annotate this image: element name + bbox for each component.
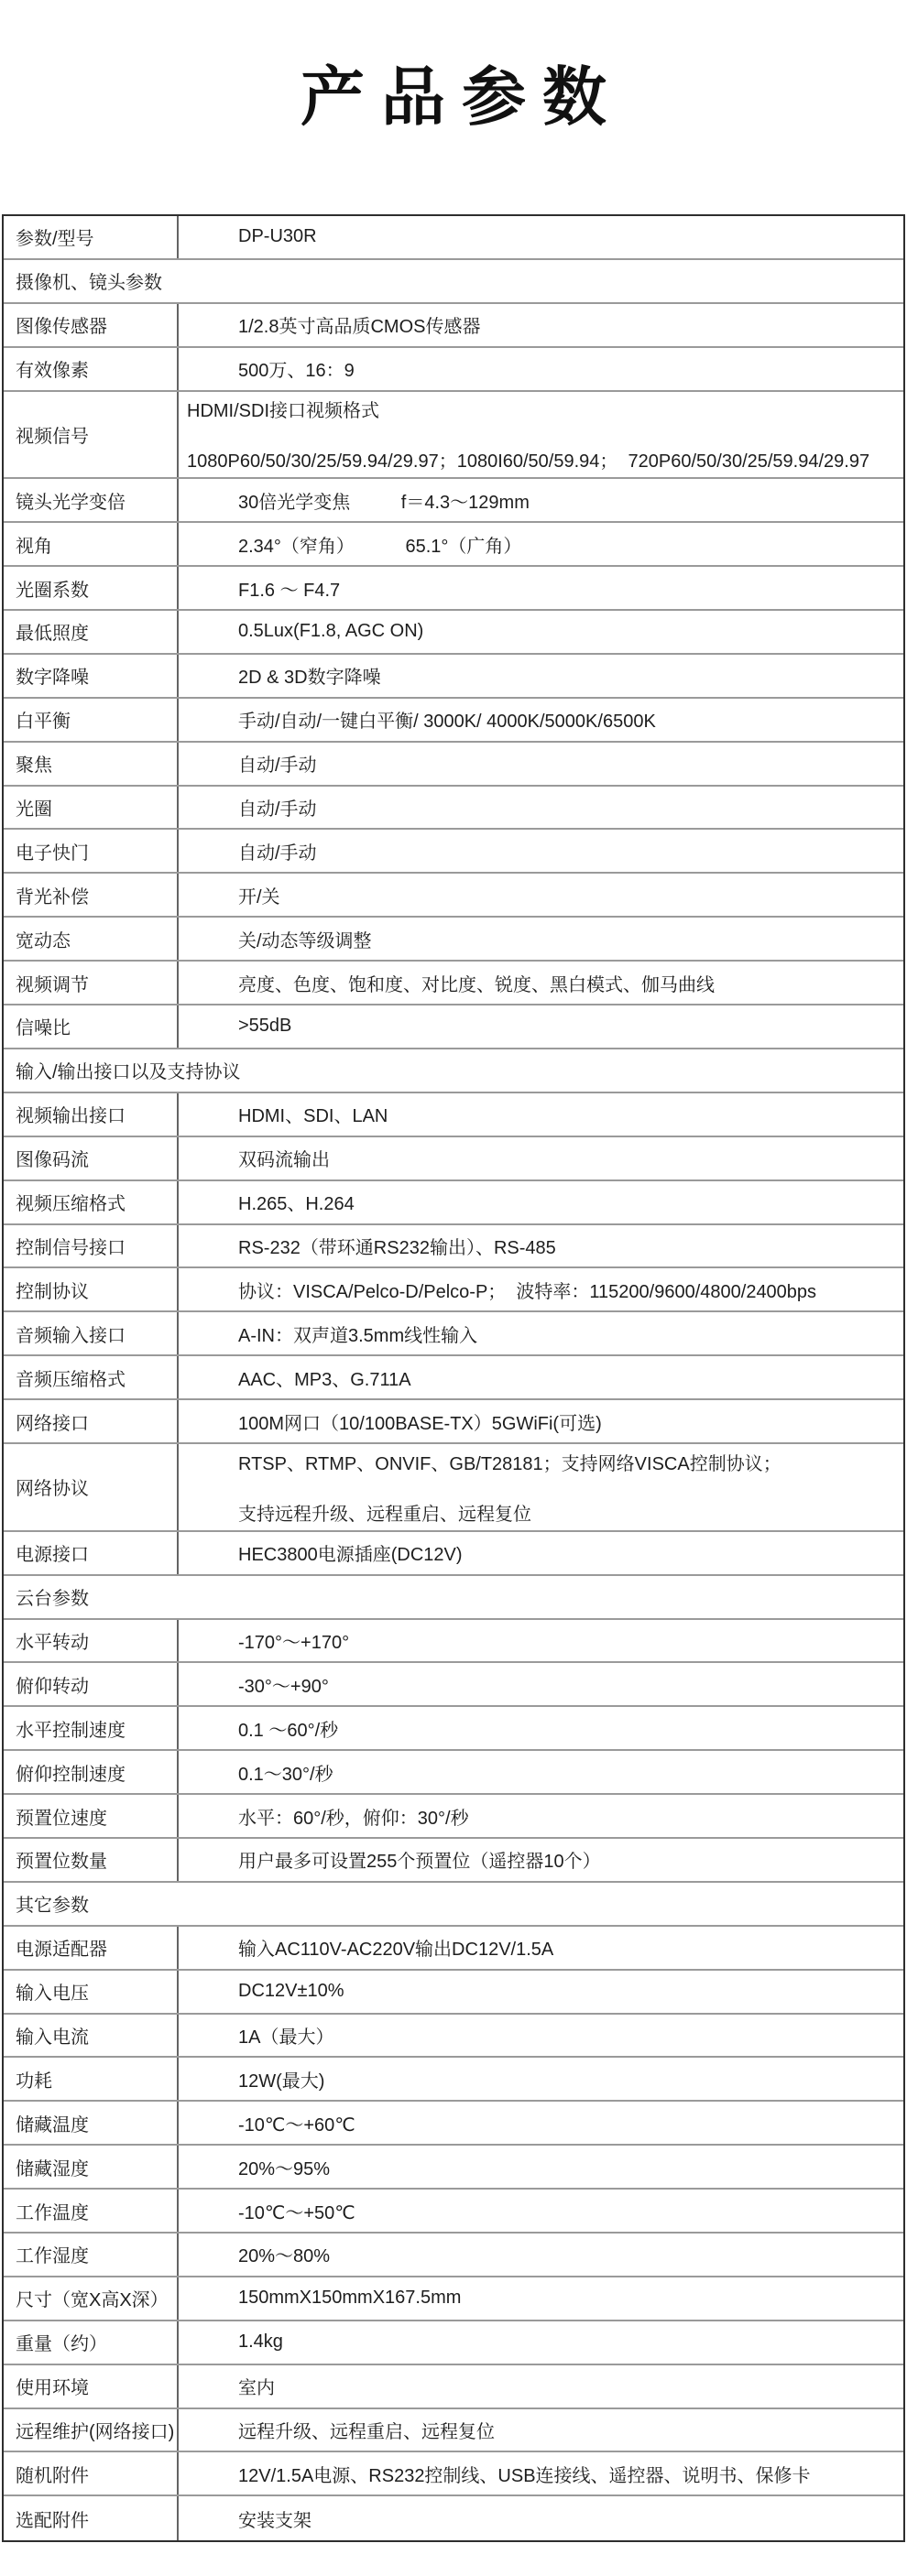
row-value: 1/2.8英寸高品质CMOS传感器	[179, 304, 903, 346]
table-row: 视频压缩格式H.265、H.264	[4, 1181, 903, 1225]
row-value: 1A（最大）	[179, 2015, 903, 2057]
row-value: 手动/自动/一键白平衡/ 3000K/ 4000K/5000K/6500K	[179, 699, 903, 741]
table-row: 重量（约）1.4kg	[4, 2321, 903, 2365]
table-row: 储藏湿度20%～95%	[4, 2146, 903, 2190]
row-label: 远程维护(网络接口)	[4, 2409, 179, 2451]
table-row: 图像码流双码流输出	[4, 1137, 903, 1181]
row-label: 输入电流	[4, 2015, 179, 2057]
row-value: 20%～80%	[179, 2234, 903, 2276]
row-label: 工作湿度	[4, 2234, 179, 2276]
row-value: 12W(最大)	[179, 2058, 903, 2100]
row-value: AAC、MP3、G.711A	[179, 1356, 903, 1398]
row-label: 最低照度	[4, 611, 179, 653]
table-row: 白平衡手动/自动/一键白平衡/ 3000K/ 4000K/5000K/6500K	[4, 699, 903, 743]
table-row: 随机附件12V/1.5A电源、RS232控制线、USB连接线、遥控器、说明书、保…	[4, 2452, 903, 2496]
row-value: 自动/手动	[179, 743, 903, 785]
row-value: 室内	[179, 2365, 903, 2408]
row-label: 储藏湿度	[4, 2146, 179, 2188]
row-value: 30倍光学变焦 f＝4.3～129mm	[179, 479, 903, 521]
row-label: 输入电压	[4, 1971, 179, 2013]
row-value: 12V/1.5A电源、RS232控制线、USB连接线、遥控器、说明书、保修卡	[179, 2452, 903, 2494]
row-value: 1.4kg	[179, 2321, 903, 2364]
table-row: 参数/型号DP-U30R	[4, 216, 903, 260]
row-value: 开/关	[179, 874, 903, 916]
table-row: 尺寸（宽X高X深）150mmX150mmX167.5mm	[4, 2277, 903, 2321]
table-row: 视频调节亮度、色度、饱和度、对比度、锐度、黑白模式、伽马曲线	[4, 962, 903, 1005]
row-value: 亮度、色度、饱和度、对比度、锐度、黑白模式、伽马曲线	[179, 962, 903, 1004]
row-label: 信噪比	[4, 1005, 179, 1048]
row-label: 选配附件	[4, 2496, 179, 2540]
spec-table: 参数/型号DP-U30R摄像机、镜头参数图像传感器1/2.8英寸高品质CMOS传…	[2, 214, 905, 2542]
row-value-line: 支持远程升级、远程重启、远程复位	[238, 1499, 531, 1526]
row-value: 协议：VISCA/Pelco-D/Pelco-P； 波特率：115200/960…	[179, 1268, 903, 1310]
table-row: 电源适配器输入AC110V-AC220V输出DC12V/1.5A	[4, 1927, 903, 1971]
table-row: 宽动态关/动态等级调整	[4, 918, 903, 962]
table-row: 背光补偿开/关	[4, 874, 903, 918]
row-label: 电源接口	[4, 1532, 179, 1574]
row-value: 输入AC110V-AC220V输出DC12V/1.5A	[179, 1927, 903, 1969]
row-label: 背光补偿	[4, 874, 179, 916]
row-label: 光圈系数	[4, 567, 179, 609]
row-label: 网络协议	[4, 1444, 179, 1530]
row-label: 尺寸（宽X高X深）	[4, 2277, 179, 2320]
table-row: 网络协议RTSP、RTMP、ONVIF、GB/T28181；支持网络VISCA控…	[4, 1444, 903, 1532]
row-label: 聚焦	[4, 743, 179, 785]
table-row: 输入电压DC12V±10%	[4, 1971, 903, 2015]
row-value: 用户最多可设置255个预置位（遥控器10个）	[179, 1839, 903, 1881]
section-label: 其它参数	[4, 1883, 903, 1925]
row-label: 功耗	[4, 2058, 179, 2100]
row-label: 俯仰控制速度	[4, 1751, 179, 1793]
row-value: HDMI、SDI、LAN	[179, 1093, 903, 1136]
table-row: 控制协议协议：VISCA/Pelco-D/Pelco-P； 波特率：115200…	[4, 1268, 903, 1312]
section-row: 其它参数	[4, 1883, 903, 1927]
row-label: 俯仰转动	[4, 1663, 179, 1705]
row-value-line: RTSP、RTMP、ONVIF、GB/T28181；支持网络VISCA控制协议；	[238, 1449, 781, 1475]
row-value: HDMI/SDI接口视频格式1080P60/50/30/25/59.94/29.…	[179, 392, 903, 478]
table-row: 视角2.34°（窄角） 65.1°（广角）	[4, 523, 903, 567]
row-label: 有效像素	[4, 348, 179, 390]
row-label: 镜头光学变倍	[4, 479, 179, 521]
table-row: 网络接口100M网口（10/100BASE-TX）5GWiFi(可选)	[4, 1400, 903, 1444]
table-row: 储藏温度-10℃～+60℃	[4, 2102, 903, 2146]
table-row: 数字降噪2D & 3D数字降噪	[4, 655, 903, 699]
row-value: 0.1～30°/秒	[179, 1751, 903, 1793]
row-label: 参数/型号	[4, 216, 179, 258]
table-row: 音频压缩格式AAC、MP3、G.711A	[4, 1356, 903, 1400]
table-row: 水平转动-170°～+170°	[4, 1620, 903, 1664]
row-value: A-IN：双声道3.5mm线性输入	[179, 1312, 903, 1354]
row-label: 电源适配器	[4, 1927, 179, 1969]
table-row: 远程维护(网络接口)远程升级、远程重启、远程复位	[4, 2409, 903, 2453]
section-row: 云台参数	[4, 1576, 903, 1620]
table-row: 光圈系数F1.6 ～ F4.7	[4, 567, 903, 611]
row-value: 2.34°（窄角） 65.1°（广角）	[179, 523, 903, 565]
table-row: 图像传感器1/2.8英寸高品质CMOS传感器	[4, 304, 903, 348]
table-row: 有效像素500万、16：9	[4, 348, 903, 392]
table-row: 视频信号HDMI/SDI接口视频格式1080P60/50/30/25/59.94…	[4, 392, 903, 480]
table-row: 预置位数量用户最多可设置255个预置位（遥控器10个）	[4, 1839, 903, 1883]
row-label: 随机附件	[4, 2452, 179, 2494]
row-label: 音频输入接口	[4, 1312, 179, 1354]
row-value: -10℃～+50℃	[179, 2190, 903, 2232]
row-value: -30°～+90°	[179, 1663, 903, 1705]
row-value: -10℃～+60℃	[179, 2102, 903, 2144]
section-label: 摄像机、镜头参数	[4, 260, 903, 302]
table-row: 选配附件安装支架	[4, 2496, 903, 2540]
table-row: 音频输入接口A-IN：双声道3.5mm线性输入	[4, 1312, 903, 1356]
row-label: 宽动态	[4, 918, 179, 960]
row-value: 2D & 3D数字降噪	[179, 655, 903, 697]
row-label: 网络接口	[4, 1400, 179, 1442]
table-row: 镜头光学变倍30倍光学变焦 f＝4.3～129mm	[4, 479, 903, 523]
table-row: 电子快门自动/手动	[4, 830, 903, 874]
row-value: RS-232（带环通RS232输出）、RS-485	[179, 1225, 903, 1267]
section-row: 输入/输出接口以及支持协议	[4, 1049, 903, 1093]
table-row: 聚焦自动/手动	[4, 743, 903, 787]
section-label: 输入/输出接口以及支持协议	[4, 1049, 903, 1092]
row-value: 100M网口（10/100BASE-TX）5GWiFi(可选)	[179, 1400, 903, 1442]
row-label: 预置位数量	[4, 1839, 179, 1881]
row-value: 安装支架	[179, 2496, 903, 2540]
row-label: 图像传感器	[4, 304, 179, 346]
table-row: 输入电流1A（最大）	[4, 2015, 903, 2059]
table-row: 俯仰转动-30°～+90°	[4, 1663, 903, 1707]
section-label: 云台参数	[4, 1576, 903, 1618]
row-label: 工作温度	[4, 2190, 179, 2232]
row-label: 图像码流	[4, 1137, 179, 1179]
row-label: 储藏温度	[4, 2102, 179, 2144]
row-value: 0.5Lux(F1.8, AGC ON)	[179, 611, 903, 653]
row-value-line: 1080P60/50/30/25/59.94/29.97；1080I60/50/…	[187, 446, 869, 473]
row-value: 关/动态等级调整	[179, 918, 903, 960]
row-value-line: HDMI/SDI接口视频格式	[187, 396, 379, 422]
row-value: HEC3800电源插座(DC12V)	[179, 1532, 903, 1574]
row-value: 20%～95%	[179, 2146, 903, 2188]
table-row: 电源接口HEC3800电源插座(DC12V)	[4, 1532, 903, 1576]
row-value: 远程升级、远程重启、远程复位	[179, 2409, 903, 2451]
row-label: 水平控制速度	[4, 1707, 179, 1749]
row-label: 控制信号接口	[4, 1225, 179, 1267]
row-value: DP-U30R	[179, 216, 903, 258]
table-row: 工作湿度20%～80%	[4, 2234, 903, 2277]
row-value: 500万、16：9	[179, 348, 903, 390]
row-value: 自动/手动	[179, 787, 903, 829]
row-label: 视角	[4, 523, 179, 565]
row-label: 水平转动	[4, 1620, 179, 1662]
table-row: 俯仰控制速度0.1～30°/秒	[4, 1751, 903, 1795]
row-label: 光圈	[4, 787, 179, 829]
row-label: 视频压缩格式	[4, 1181, 179, 1223]
row-label: 视频信号	[4, 392, 179, 478]
table-row: 最低照度0.5Lux(F1.8, AGC ON)	[4, 611, 903, 655]
table-row: 使用环境室内	[4, 2365, 903, 2409]
table-row: 工作温度-10℃～+50℃	[4, 2190, 903, 2234]
table-row: 控制信号接口RS-232（带环通RS232输出）、RS-485	[4, 1225, 903, 1269]
table-row: 光圈自动/手动	[4, 787, 903, 831]
row-value: 0.1 ～60°/秒	[179, 1707, 903, 1749]
row-label: 电子快门	[4, 830, 179, 872]
row-label: 数字降噪	[4, 655, 179, 697]
row-value: DC12V±10%	[179, 1971, 903, 2013]
row-label: 使用环境	[4, 2365, 179, 2408]
row-label: 音频压缩格式	[4, 1356, 179, 1398]
row-value: H.265、H.264	[179, 1181, 903, 1223]
row-value: 水平：60°/秒，俯仰：30°/秒	[179, 1795, 903, 1837]
row-label: 控制协议	[4, 1268, 179, 1310]
row-value: 150mmX150mmX167.5mm	[179, 2277, 903, 2320]
row-label: 视频调节	[4, 962, 179, 1004]
page-title: 产品参数	[0, 59, 907, 136]
row-label: 预置位速度	[4, 1795, 179, 1837]
row-label: 白平衡	[4, 699, 179, 741]
row-label: 视频输出接口	[4, 1093, 179, 1136]
row-label: 重量（约）	[4, 2321, 179, 2364]
section-row: 摄像机、镜头参数	[4, 260, 903, 304]
table-row: 预置位速度水平：60°/秒，俯仰：30°/秒	[4, 1795, 903, 1839]
row-value: F1.6 ～ F4.7	[179, 567, 903, 609]
row-value: 双码流输出	[179, 1137, 903, 1179]
table-row: 水平控制速度0.1 ～60°/秒	[4, 1707, 903, 1751]
row-value: -170°～+170°	[179, 1620, 903, 1662]
table-row: 信噪比>55dB	[4, 1005, 903, 1049]
table-row: 视频输出接口HDMI、SDI、LAN	[4, 1093, 903, 1137]
table-row: 功耗12W(最大)	[4, 2058, 903, 2102]
row-value: RTSP、RTMP、ONVIF、GB/T28181；支持网络VISCA控制协议；…	[179, 1444, 903, 1530]
row-value: 自动/手动	[179, 830, 903, 872]
row-value: >55dB	[179, 1005, 903, 1048]
